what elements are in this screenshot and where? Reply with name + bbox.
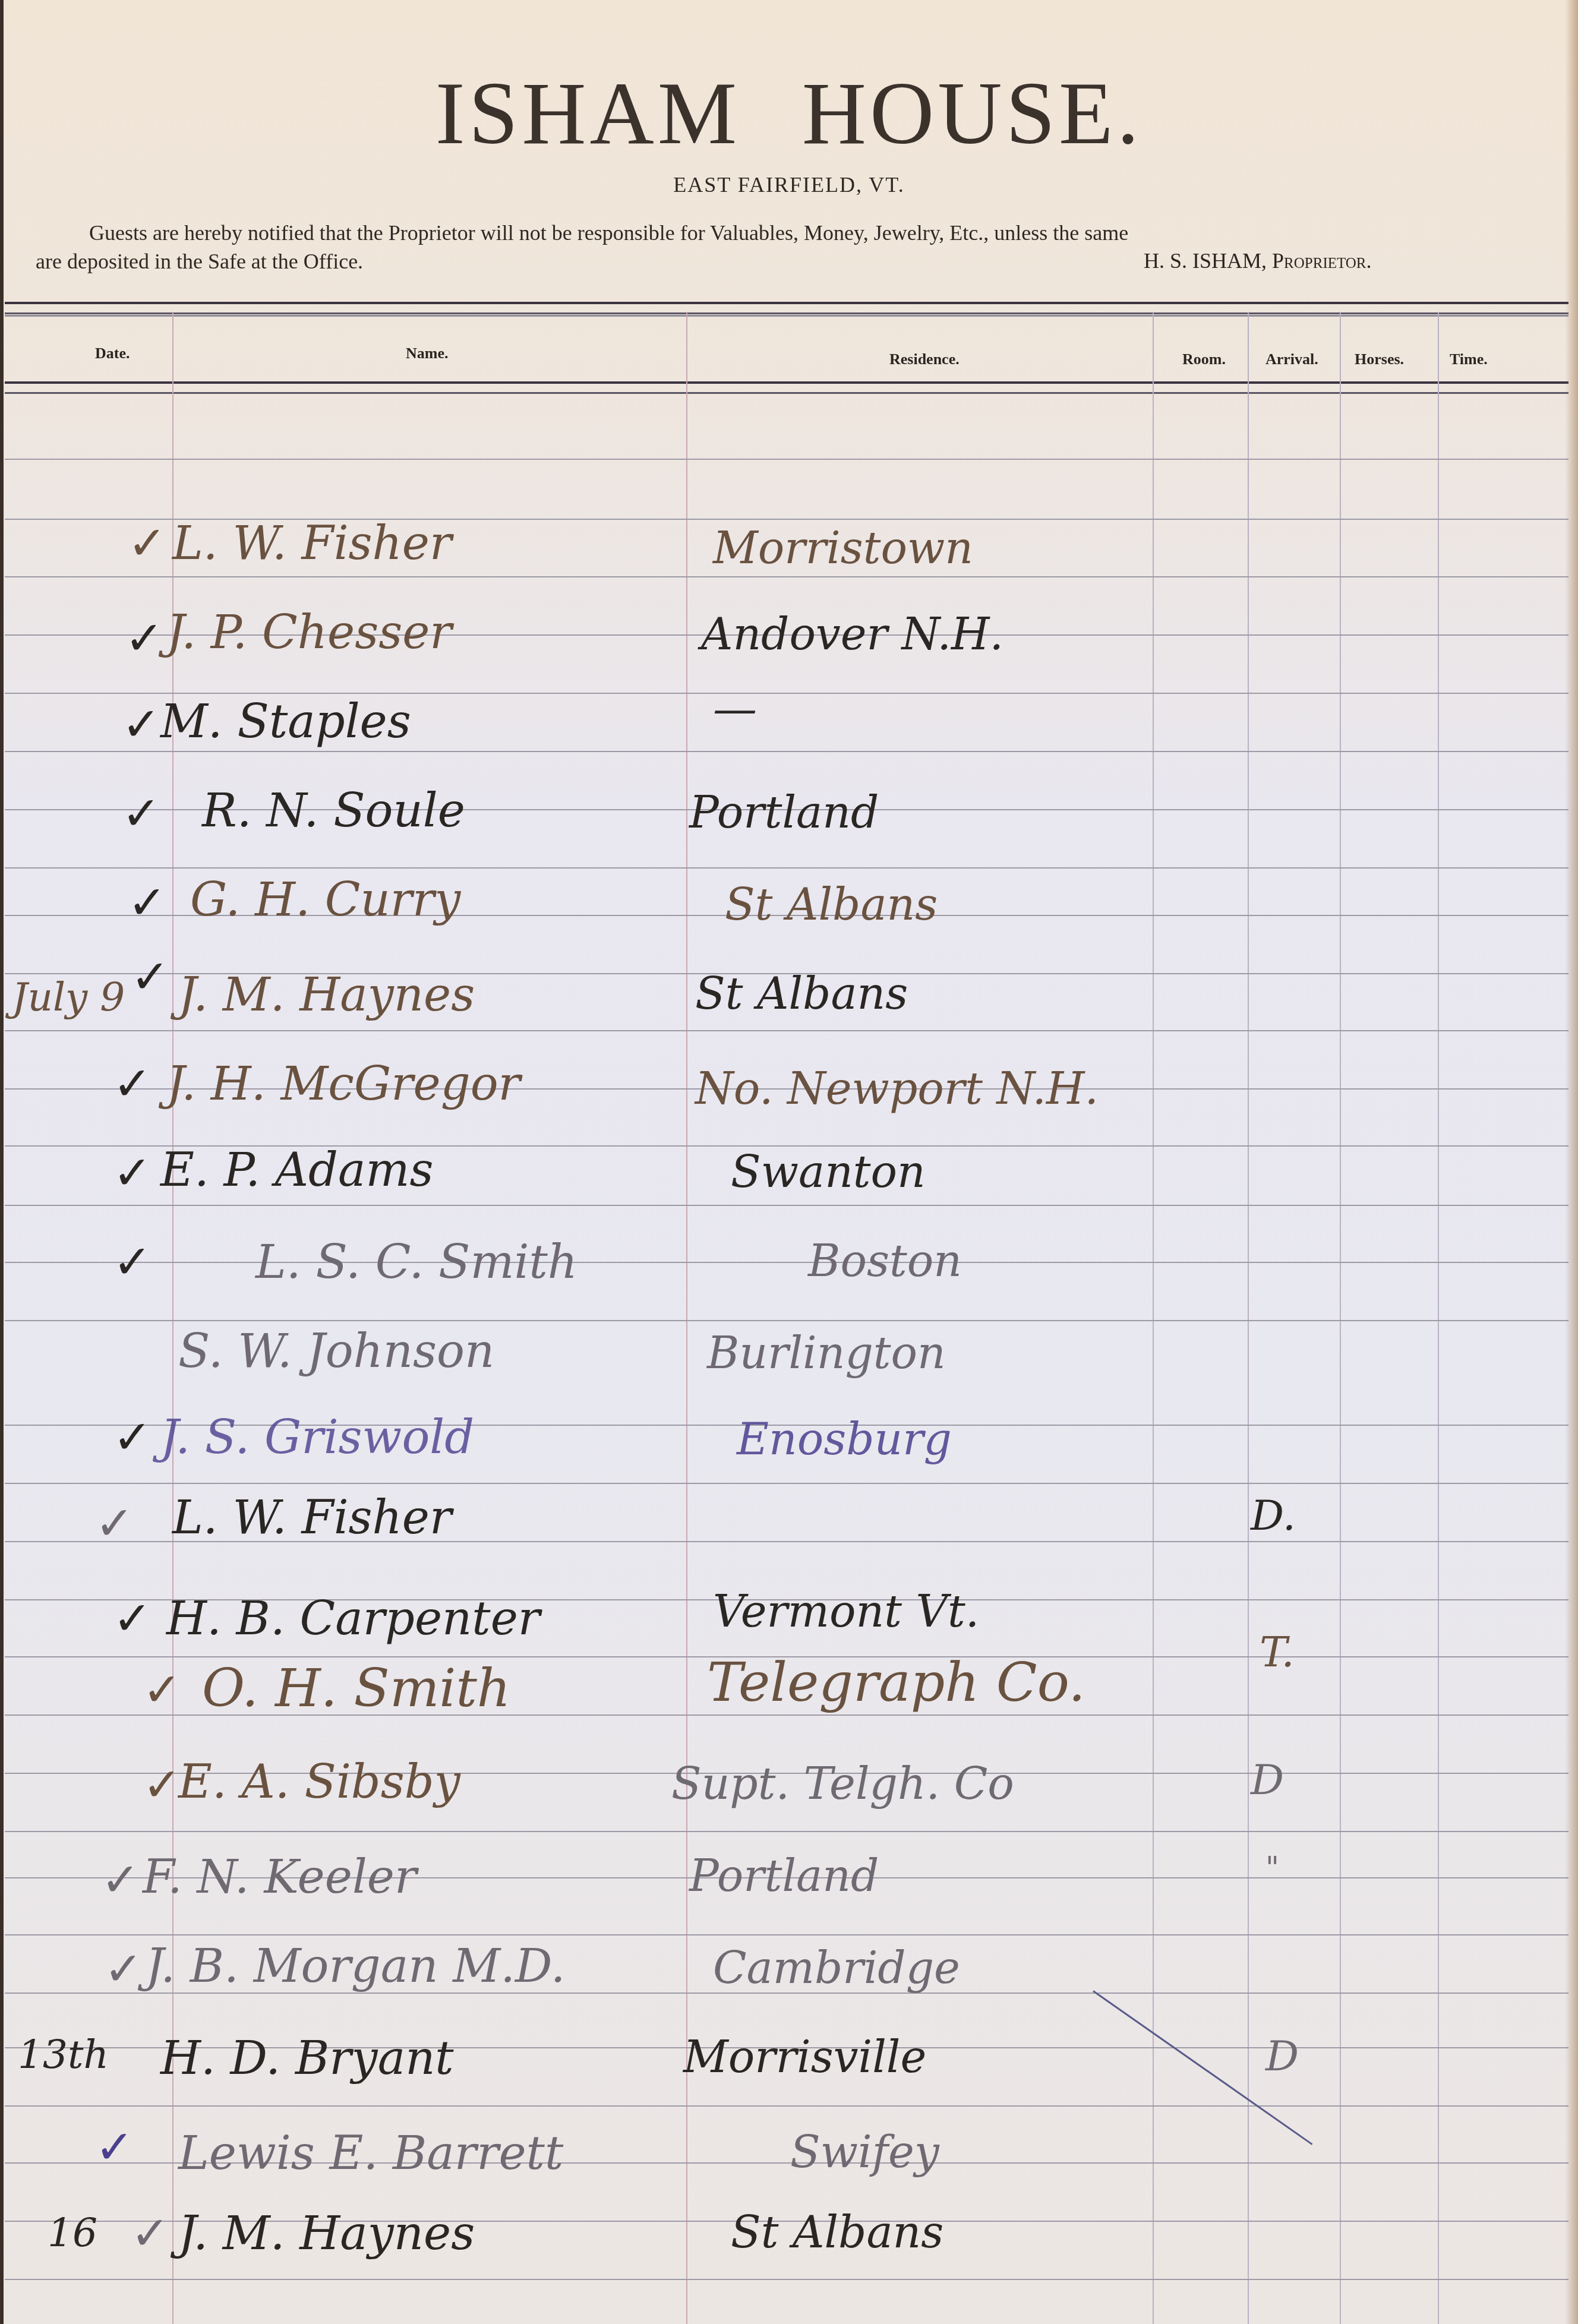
notice-line-2: are deposited in the Safe at the Office. <box>36 247 363 276</box>
row-rule <box>5 459 1568 460</box>
proprietor-title: Proprietor. <box>1272 249 1371 273</box>
column-header-horses: Horses. <box>1355 351 1404 368</box>
proprietor-name: H. S. ISHAM, <box>1144 249 1267 273</box>
column-header-arrival: Arrival. <box>1265 351 1318 368</box>
hotel-title: ISHAM HOUSE. <box>0 62 1578 165</box>
guest-residence: Cambridge <box>713 1943 960 1994</box>
arrival-mark: " <box>1265 1851 1279 1885</box>
guest-residence: St Albans <box>695 968 908 1019</box>
guest-name: L. S. C. Smith <box>255 1236 577 1289</box>
guest-name: H. B. Carpenter <box>166 1592 540 1646</box>
guest-residence: Vermont Vt. <box>713 1586 979 1637</box>
check-mark-icon: ✓ <box>101 1853 140 1907</box>
guest-residence: Burlington <box>707 1328 946 1379</box>
check-mark-icon: ✓ <box>104 1943 143 1996</box>
row-rule <box>5 867 1568 869</box>
check-mark-icon: ✓ <box>113 1592 152 1646</box>
header-top-rule <box>5 302 1568 314</box>
hotel-location: EAST FAIRFIELD, VT. <box>0 172 1578 197</box>
guest-name: L. W. Fisher <box>172 1491 452 1545</box>
arrival-mark: T. <box>1260 1628 1295 1676</box>
guest-name: E. P. Adams <box>160 1144 434 1197</box>
guest-residence: Portland <box>689 787 879 838</box>
guest-residence: Telegraph Co. <box>707 1652 1085 1714</box>
guest-name: J. B. Morgan M.D. <box>146 1940 566 1993</box>
check-mark-icon: ✓ <box>128 517 166 570</box>
register-page: ISHAM HOUSE. EAST FAIRFIELD, VT. Guests … <box>0 0 1578 2324</box>
row-rule <box>5 1831 1568 1832</box>
row-rule <box>5 2105 1568 2107</box>
guest-name: J. P. Chesser <box>166 606 452 659</box>
guest-residence: Swanton <box>731 1147 926 1198</box>
guest-name: Lewis E. Barrett <box>178 2127 563 2180</box>
guest-name: G. H. Curry <box>190 873 460 927</box>
column-header-name: Name. <box>406 345 448 362</box>
row-rule <box>5 751 1568 752</box>
guest-residence: Boston <box>808 1236 962 1287</box>
guest-name: J. S. Griswold <box>160 1411 474 1464</box>
column-header-residence: Residence. <box>889 351 960 368</box>
guest-residence: St Albans <box>725 879 938 930</box>
guest-residence: Swifey <box>790 2127 939 2178</box>
check-mark-icon: ✓ <box>128 876 166 930</box>
entry-date: 16 <box>48 2210 97 2256</box>
check-mark-icon: ✓ <box>125 612 163 665</box>
guest-name: L. W. Fisher <box>172 517 452 570</box>
row-rule <box>5 576 1568 577</box>
column-divider-residence <box>1153 312 1154 2324</box>
row-rule <box>5 1030 1568 1031</box>
check-mark-icon: ✓ <box>113 1236 152 1289</box>
guest-name: M. Staples <box>160 695 411 749</box>
entry-date: 13th <box>18 2032 109 2077</box>
proprietor-signature: H. S. ISHAM, Proprietor. <box>1144 248 1372 273</box>
row-rule <box>5 1262 1568 1263</box>
header-top-rule-thin <box>5 315 1568 317</box>
check-mark-icon: ✓ <box>131 951 169 1004</box>
guest-name: S. W. Johnson <box>178 1325 494 1378</box>
arrival-mark: D <box>1251 1755 1284 1804</box>
check-mark-icon: ✓ <box>113 1057 152 1111</box>
column-header-room: Room. <box>1182 351 1226 368</box>
guest-residence: Supt. Telgh. Co <box>671 1758 1014 1810</box>
guest-residence: Andover N.H. <box>701 609 1003 660</box>
guest-residence: No. Newport N.H. <box>695 1063 1099 1114</box>
column-divider-name <box>686 312 687 2324</box>
guest-residence: Morristown <box>713 523 973 574</box>
guest-name: J. M. Haynes <box>178 968 475 1022</box>
guest-name: H. D. Bryant <box>160 2032 454 2085</box>
check-mark-icon: ✓ <box>131 2207 169 2260</box>
row-rule <box>5 1205 1568 1206</box>
column-header-time: Time. <box>1450 351 1488 368</box>
guest-name: F. N. Keeler <box>143 1851 416 1904</box>
column-divider-arrival <box>1340 312 1341 2324</box>
valuables-notice: Guests are hereby notified that the Prop… <box>89 219 1533 247</box>
guest-name: E. A. Sibsby <box>178 1755 460 1809</box>
row-rule <box>5 1320 1568 1321</box>
header-bottom-rule <box>5 381 1568 394</box>
notice-line-1: Guests are hereby notified that the Prop… <box>89 221 1128 245</box>
row-rule <box>5 2279 1568 2280</box>
check-mark-icon: ✓ <box>113 1411 152 1464</box>
check-mark-icon: ✓ <box>113 1147 152 1200</box>
check-mark-icon: ✓ <box>95 2121 134 2174</box>
check-mark-icon: ✓ <box>95 1497 134 1551</box>
row-rule <box>5 693 1568 694</box>
guest-residence: Enosburg <box>737 1414 952 1465</box>
column-divider-room <box>1248 312 1249 2324</box>
guest-name: J. H. McGregor <box>166 1057 520 1111</box>
row-rule <box>5 1934 1568 1935</box>
row-rule <box>5 1483 1568 1484</box>
guest-residence: Morrisville <box>683 2032 926 2083</box>
arrival-mark: D <box>1265 2032 1299 2080</box>
column-header-date: Date. <box>95 345 130 362</box>
check-mark-icon: ✓ <box>143 1663 181 1717</box>
check-mark-icon: ✓ <box>122 787 160 841</box>
guest-name: O. H. Smith <box>202 1657 511 1719</box>
arrival-mark: D. <box>1251 1491 1296 1540</box>
guest-residence: — <box>713 683 757 734</box>
column-divider-horses <box>1438 312 1439 2324</box>
guest-residence: Portland <box>689 1851 879 1902</box>
guest-residence: St Albans <box>731 2207 943 2258</box>
check-mark-icon: ✓ <box>143 1758 181 1812</box>
entry-date: July 9 <box>12 974 125 1020</box>
check-mark-icon: ✓ <box>122 698 160 751</box>
guest-name: J. M. Haynes <box>178 2207 475 2260</box>
guest-name: R. N. Soule <box>202 784 465 838</box>
